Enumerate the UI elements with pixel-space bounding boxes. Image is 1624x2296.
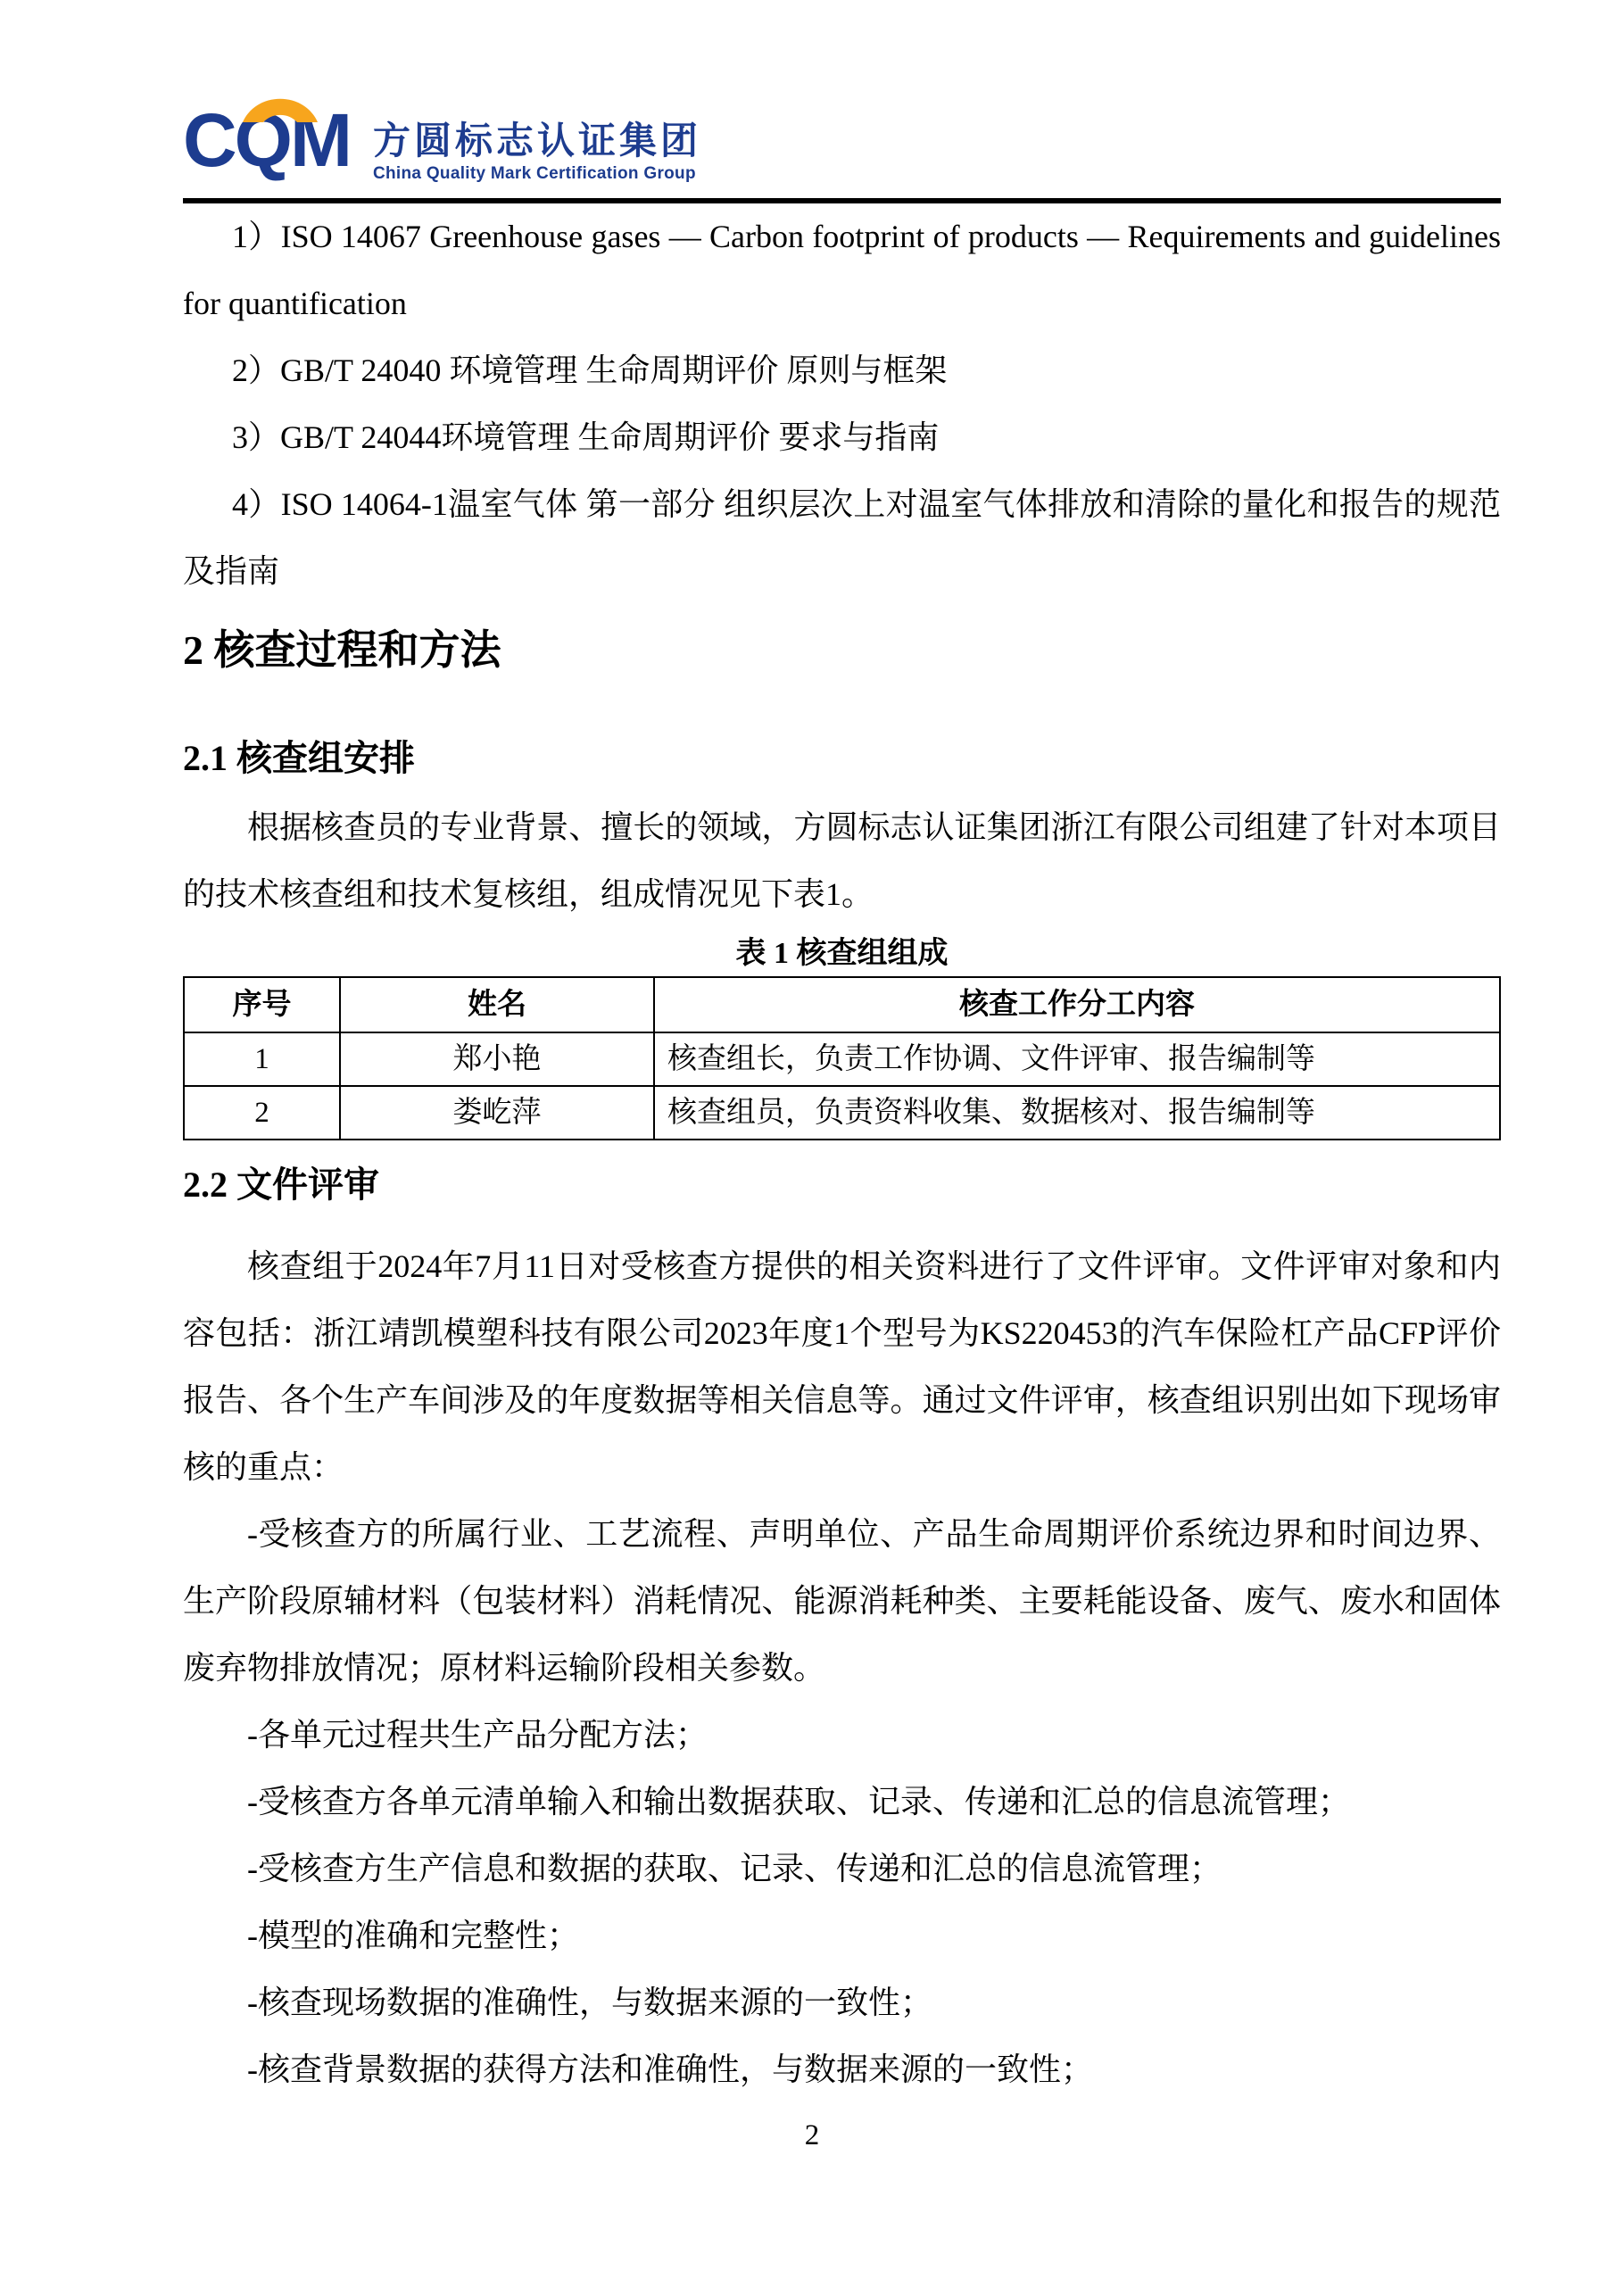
cqm-logo-mark: CQM — [183, 91, 350, 189]
page-number: 2 — [0, 2113, 1624, 2158]
document-page: CQM 方圆标志认证集团 China Quality Mark Certific… — [0, 0, 1624, 2296]
column-header-index: 序号 — [184, 977, 340, 1032]
focus-point-1: -受核查方的所属行业、工艺流程、声明单位、产品生命周期评价系统边界和时间边界、生… — [183, 1501, 1501, 1702]
table-row: 2 娄屹萍 核查组员，负责资料收集、数据核对、报告编制等 — [184, 1086, 1500, 1140]
standard-item-2: 2）GB/T 24040 环境管理 生命周期评价 原则与框架 — [183, 337, 1501, 404]
table-1-caption: 表 1 核查组组成 — [183, 932, 1501, 976]
logo-titles: 方圆标志认证集团 China Quality Mark Certificatio… — [373, 120, 701, 189]
cell-duty: 核查组员，负责资料收集、数据核对、报告编制等 — [654, 1086, 1500, 1140]
column-header-duty: 核查工作分工内容 — [654, 977, 1500, 1032]
focus-point-6: -核查现场数据的准确性，与数据来源的一致性； — [183, 1969, 1501, 2036]
cell-index: 1 — [184, 1032, 340, 1086]
focus-point-5: -模型的准确和完整性； — [183, 1902, 1501, 1969]
focus-point-7: -核查背景数据的获得方法和准确性，与数据来源的一致性； — [183, 2036, 1501, 2103]
focus-point-3: -受核查方各单元清单输入和输出数据获取、记录、传递和汇总的信息流管理； — [183, 1769, 1501, 1836]
section-2-2-paragraph: 核查组于2024年7月11日对受核查方提供的相关资料进行了文件评审。文件评审对象… — [183, 1233, 1501, 1501]
focus-point-2: -各单元过程共生产品分配方法； — [183, 1702, 1501, 1769]
table-row: 1 郑小艳 核查组长，负责工作协调、文件评审、报告编制等 — [184, 1032, 1500, 1086]
section-2-2-heading: 2.2 文件评审 — [183, 1164, 1501, 1206]
standard-item-1: 1）ISO 14067 Greenhouse gases — Carbon fo… — [183, 203, 1501, 337]
column-header-name: 姓名 — [340, 977, 654, 1032]
standard-item-4: 4）ISO 14064-1温室气体 第一部分 组织层次上对温室气体排放和清除的量… — [183, 471, 1501, 605]
logo-arc-icon — [238, 95, 322, 123]
standard-item-3: 3）GB/T 24044环境管理 生命周期评价 要求与指南 — [183, 404, 1501, 471]
section-2-heading: 2 核查过程和方法 — [183, 626, 1501, 675]
cell-name: 郑小艳 — [340, 1032, 654, 1086]
section-2-1-heading: 2.1 核查组安排 — [183, 737, 1501, 780]
cqm-logo: CQM 方圆标志认证集团 China Quality Mark Certific… — [183, 91, 1501, 189]
cell-name: 娄屹萍 — [340, 1086, 654, 1140]
logo-title-cn: 方圆标志认证集团 — [373, 120, 701, 162]
logo-subtitle-en: China Quality Mark Certification Group — [373, 164, 701, 184]
focus-point-4: -受核查方生产信息和数据的获取、记录、传递和汇总的信息流管理； — [183, 1836, 1501, 1902]
cell-index: 2 — [184, 1086, 340, 1140]
section-2-1-paragraph: 根据核查员的专业背景、擅长的领域，方圆标志认证集团浙江有限公司组建了针对本项目的… — [183, 794, 1501, 928]
cell-duty: 核查组长，负责工作协调、文件评审、报告编制等 — [654, 1032, 1500, 1086]
table-header-row: 序号 姓名 核查工作分工内容 — [184, 977, 1500, 1032]
document-body: 1）ISO 14067 Greenhouse gases — Carbon fo… — [183, 203, 1501, 2103]
document-header: CQM 方圆标志认证集团 China Quality Mark Certific… — [0, 0, 1624, 203]
verification-team-table: 序号 姓名 核查工作分工内容 1 郑小艳 核查组长，负责工作协调、文件评审、报告… — [183, 976, 1501, 1140]
